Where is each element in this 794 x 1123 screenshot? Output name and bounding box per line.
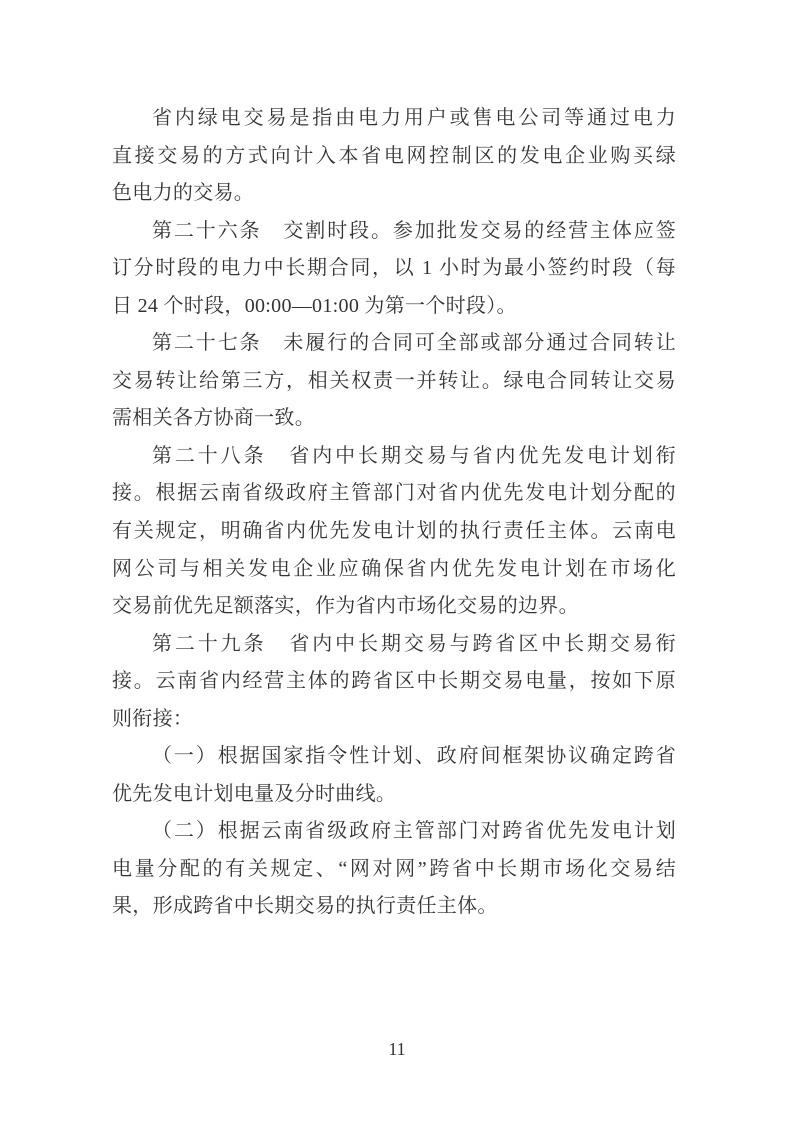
text-line: 订分时段的电力中长期合同，以 1 小时为最小签约时段（每 <box>112 250 676 288</box>
text-line: 网公司与相关发电企业应确保省内优先发电计划在市场化 <box>112 551 676 589</box>
text-line: 第二十八条 省内中长期交易与省内优先发电计划衔 <box>112 438 676 476</box>
text-line: 电量分配的有关规定、“网对网”跨省中长期市场化交易结 <box>112 851 676 889</box>
text-line: （一）根据国家指令性计划、政府间框架协议确定跨省 <box>112 738 676 776</box>
paragraph: 省内绿电交易是指由电力用户或售电公司等通过电力直接交易的方式向计入本省电网控制区… <box>112 100 676 213</box>
paragraph: （二）根据云南省级政府主管部门对跨省优先发电计划电量分配的有关规定、“网对网”跨… <box>112 813 676 926</box>
paragraph: 第二十九条 省内中长期交易与跨省区中长期交易衔接。云南省内经营主体的跨省区中长期… <box>112 626 676 739</box>
document-body: 省内绿电交易是指由电力用户或售电公司等通过电力直接交易的方式向计入本省电网控制区… <box>112 100 676 926</box>
text-line: 优先发电计划电量及分时曲线。 <box>112 776 676 814</box>
text-line: （二）根据云南省级政府主管部门对跨省优先发电计划 <box>112 813 676 851</box>
paragraph: （一）根据国家指令性计划、政府间框架协议确定跨省优先发电计划电量及分时曲线。 <box>112 738 676 813</box>
text-line: 有关规定，明确省内优先发电计划的执行责任主体。云南电 <box>112 513 676 551</box>
text-line: 需相关各方协商一致。 <box>112 400 676 438</box>
text-line: 第二十九条 省内中长期交易与跨省区中长期交易衔 <box>112 626 676 664</box>
text-line: 交易转让给第三方，相关权责一并转让。绿电合同转让交易 <box>112 363 676 401</box>
text-line: 直接交易的方式向计入本省电网控制区的发电企业购买绿 <box>112 138 676 176</box>
text-line: 省内绿电交易是指由电力用户或售电公司等通过电力 <box>112 100 676 138</box>
text-line: 第二十六条 交割时段。参加批发交易的经营主体应签 <box>112 213 676 251</box>
text-line: 接。云南省内经营主体的跨省区中长期交易电量，按如下原 <box>112 663 676 701</box>
paragraph: 第二十八条 省内中长期交易与省内优先发电计划衔接。根据云南省级政府主管部门对省内… <box>112 438 676 626</box>
page-number: 11 <box>0 1038 794 1060</box>
text-line: 果，形成跨省中长期交易的执行责任主体。 <box>112 888 676 926</box>
document-page: 省内绿电交易是指由电力用户或售电公司等通过电力直接交易的方式向计入本省电网控制区… <box>0 0 794 1123</box>
paragraph: 第二十六条 交割时段。参加批发交易的经营主体应签订分时段的电力中长期合同，以 1… <box>112 213 676 326</box>
paragraph: 第二十七条 未履行的合同可全部或部分通过合同转让交易转让给第三方，相关权责一并转… <box>112 325 676 438</box>
text-line: 日 24 个时段，00:00—01:00 为第一个时段）。 <box>112 288 676 326</box>
text-line: 接。根据云南省级政府主管部门对省内优先发电计划分配的 <box>112 475 676 513</box>
text-line: 则衔接： <box>112 701 676 739</box>
text-line: 交易前优先足额落实，作为省内市场化交易的边界。 <box>112 588 676 626</box>
text-line: 第二十七条 未履行的合同可全部或部分通过合同转让 <box>112 325 676 363</box>
text-line: 色电力的交易。 <box>112 175 676 213</box>
